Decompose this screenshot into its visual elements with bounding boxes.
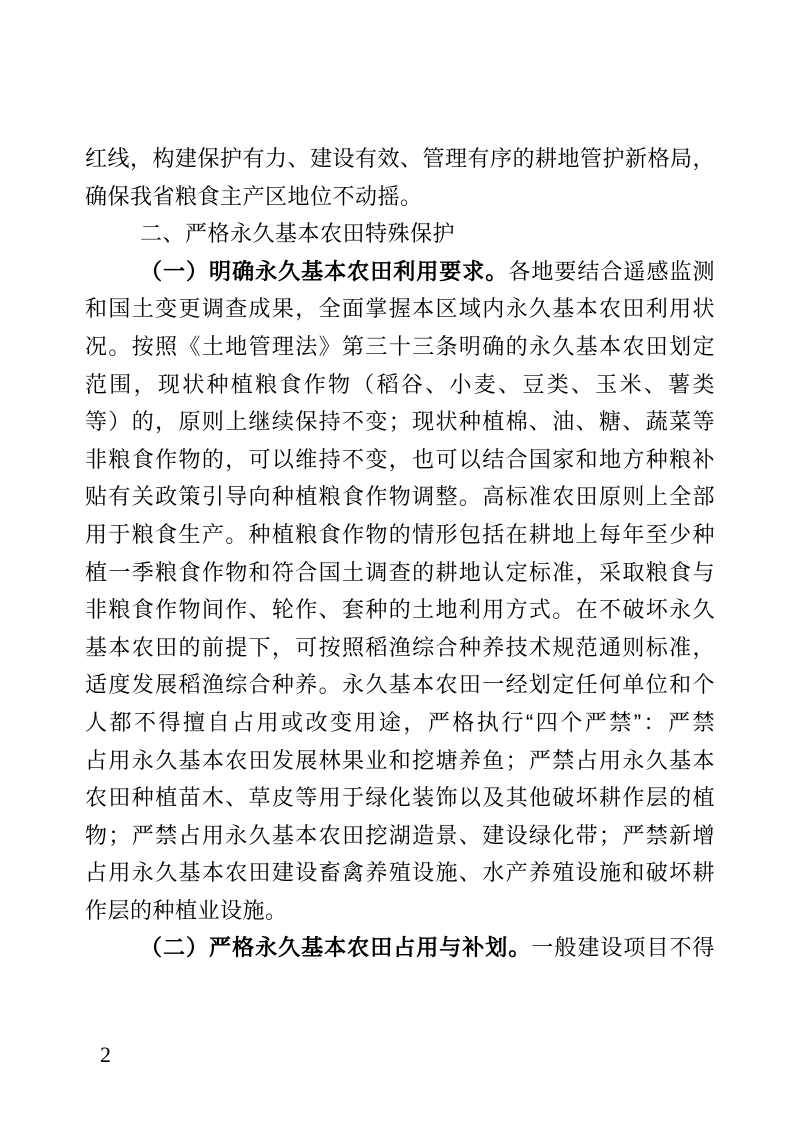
text-line: 植一季粮食作物和符合国土调查的耕地认定标准，采取粮食与 bbox=[85, 554, 715, 592]
text-line: 红线，构建保护有力、建设有效、管理有序的耕地管护新格局， bbox=[85, 140, 715, 178]
text-line: 非粮食作物的，可以维持不变，也可以结合国家和地方种粮补 bbox=[85, 441, 715, 479]
text-segment: 作层的种植业设施。 bbox=[85, 898, 288, 923]
text-line: 适度发展稻渔综合种养。永久基本农田一经划定任何单位和个 bbox=[85, 666, 715, 704]
text-line: 等）的，原则上继续保持不变；现状种植棉、油、糖、蔬菜等 bbox=[85, 403, 715, 441]
text-segment-bold: （二）严格永久基本农田占用与补划。 bbox=[140, 935, 531, 960]
document-page: 红线，构建保护有力、建设有效、管理有序的耕地管护新格局，确保我省粮食主产区地位不… bbox=[0, 0, 800, 1132]
text-segment: 占用永久基本农田发展林果业和挖塘养鱼；严禁占用永久基本 bbox=[85, 748, 715, 773]
document-body: 红线，构建保护有力、建设有效、管理有序的耕地管护新格局，确保我省粮食主产区地位不… bbox=[85, 140, 715, 967]
text-line: 况。按照《土地管理法》第三十三条明确的永久基本农田划定 bbox=[85, 328, 715, 366]
text-segment: 人都不得擅自占用或改变用途，严格执行“四个严禁”：严禁 bbox=[85, 710, 715, 735]
text-segment: 非粮食作物的，可以维持不变，也可以结合国家和地方种粮补 bbox=[85, 447, 715, 472]
text-segment: 基本农田的前提下，可按照稻渔综合种养技术规范通则标准， bbox=[85, 635, 715, 660]
text-segment-bold: （一）明确永久基本农田利用要求。 bbox=[140, 259, 508, 284]
page-number: 2 bbox=[100, 1040, 111, 1070]
text-segment: 确保我省粮食主产区地位不动摇。 bbox=[85, 184, 423, 209]
text-segment: 况。按照《土地管理法》第三十三条明确的永久基本农田划定 bbox=[85, 334, 715, 359]
text-segment: 红线，构建保护有力、建设有效、管理有序的耕地管护新格局， bbox=[85, 146, 715, 171]
text-segment: 植一季粮食作物和符合国土调查的耕地认定标准，采取粮食与 bbox=[85, 560, 715, 585]
text-segment: 占用永久基本农田建设畜禽养殖设施、水产养殖设施和破坏耕 bbox=[85, 860, 715, 885]
text-segment: 非粮食作物间作、轮作、套种的土地利用方式。在不破坏永久 bbox=[85, 597, 715, 622]
text-segment: 等）的，原则上继续保持不变；现状种植棉、油、糖、蔬菜等 bbox=[85, 409, 715, 434]
text-segment: 农田种植苗木、草皮等用于绿化装饰以及其他破坏耕作层的植 bbox=[85, 785, 715, 810]
text-line: 二、严格永久基本农田特殊保护 bbox=[85, 215, 715, 253]
text-line: 占用永久基本农田发展林果业和挖塘养鱼；严禁占用永久基本 bbox=[85, 742, 715, 780]
text-line: 范围，现状种植粮食作物（稻谷、小麦、豆类、玉米、薯类 bbox=[85, 366, 715, 404]
text-line: 占用永久基本农田建设畜禽养殖设施、水产养殖设施和破坏耕 bbox=[85, 854, 715, 892]
text-segment: 二、严格永久基本农田特殊保护 bbox=[140, 221, 455, 246]
text-line: 用于粮食生产。种植粮食作物的情形包括在耕地上每年至少种 bbox=[85, 516, 715, 554]
text-line: （二）严格永久基本农田占用与补划。一般建设项目不得 bbox=[85, 929, 715, 967]
text-line: 非粮食作物间作、轮作、套种的土地利用方式。在不破坏永久 bbox=[85, 591, 715, 629]
text-segment: 一般建设项目不得 bbox=[531, 935, 715, 960]
text-line: （一）明确永久基本农田利用要求。各地要结合遥感监测 bbox=[85, 253, 715, 291]
text-line: 人都不得擅自占用或改变用途，严格执行“四个严禁”：严禁 bbox=[85, 704, 715, 742]
text-line: 和国土变更调查成果，全面掌握本区域内永久基本农田利用状 bbox=[85, 290, 715, 328]
text-line: 确保我省粮食主产区地位不动摇。 bbox=[85, 178, 715, 216]
text-segment: 各地要结合遥感监测 bbox=[508, 259, 715, 284]
text-segment: 适度发展稻渔综合种养。永久基本农田一经划定任何单位和个 bbox=[85, 672, 715, 697]
text-segment: 用于粮食生产。种植粮食作物的情形包括在耕地上每年至少种 bbox=[85, 522, 715, 547]
text-segment: 和国土变更调查成果，全面掌握本区域内永久基本农田利用状 bbox=[85, 296, 715, 321]
text-segment: 范围，现状种植粮食作物（稻谷、小麦、豆类、玉米、薯类 bbox=[85, 372, 715, 397]
text-line: 农田种植苗木、草皮等用于绿化装饰以及其他破坏耕作层的植 bbox=[85, 779, 715, 817]
text-line: 基本农田的前提下，可按照稻渔综合种养技术规范通则标准， bbox=[85, 629, 715, 667]
text-segment: 物；严禁占用永久基本农田挖湖造景、建设绿化带；严禁新增 bbox=[85, 823, 715, 848]
text-line: 贴有关政策引导向种植粮食作物调整。高标准农田原则上全部 bbox=[85, 478, 715, 516]
text-line: 作层的种植业设施。 bbox=[85, 892, 715, 930]
text-line: 物；严禁占用永久基本农田挖湖造景、建设绿化带；严禁新增 bbox=[85, 817, 715, 855]
text-segment: 贴有关政策引导向种植粮食作物调整。高标准农田原则上全部 bbox=[85, 484, 715, 509]
